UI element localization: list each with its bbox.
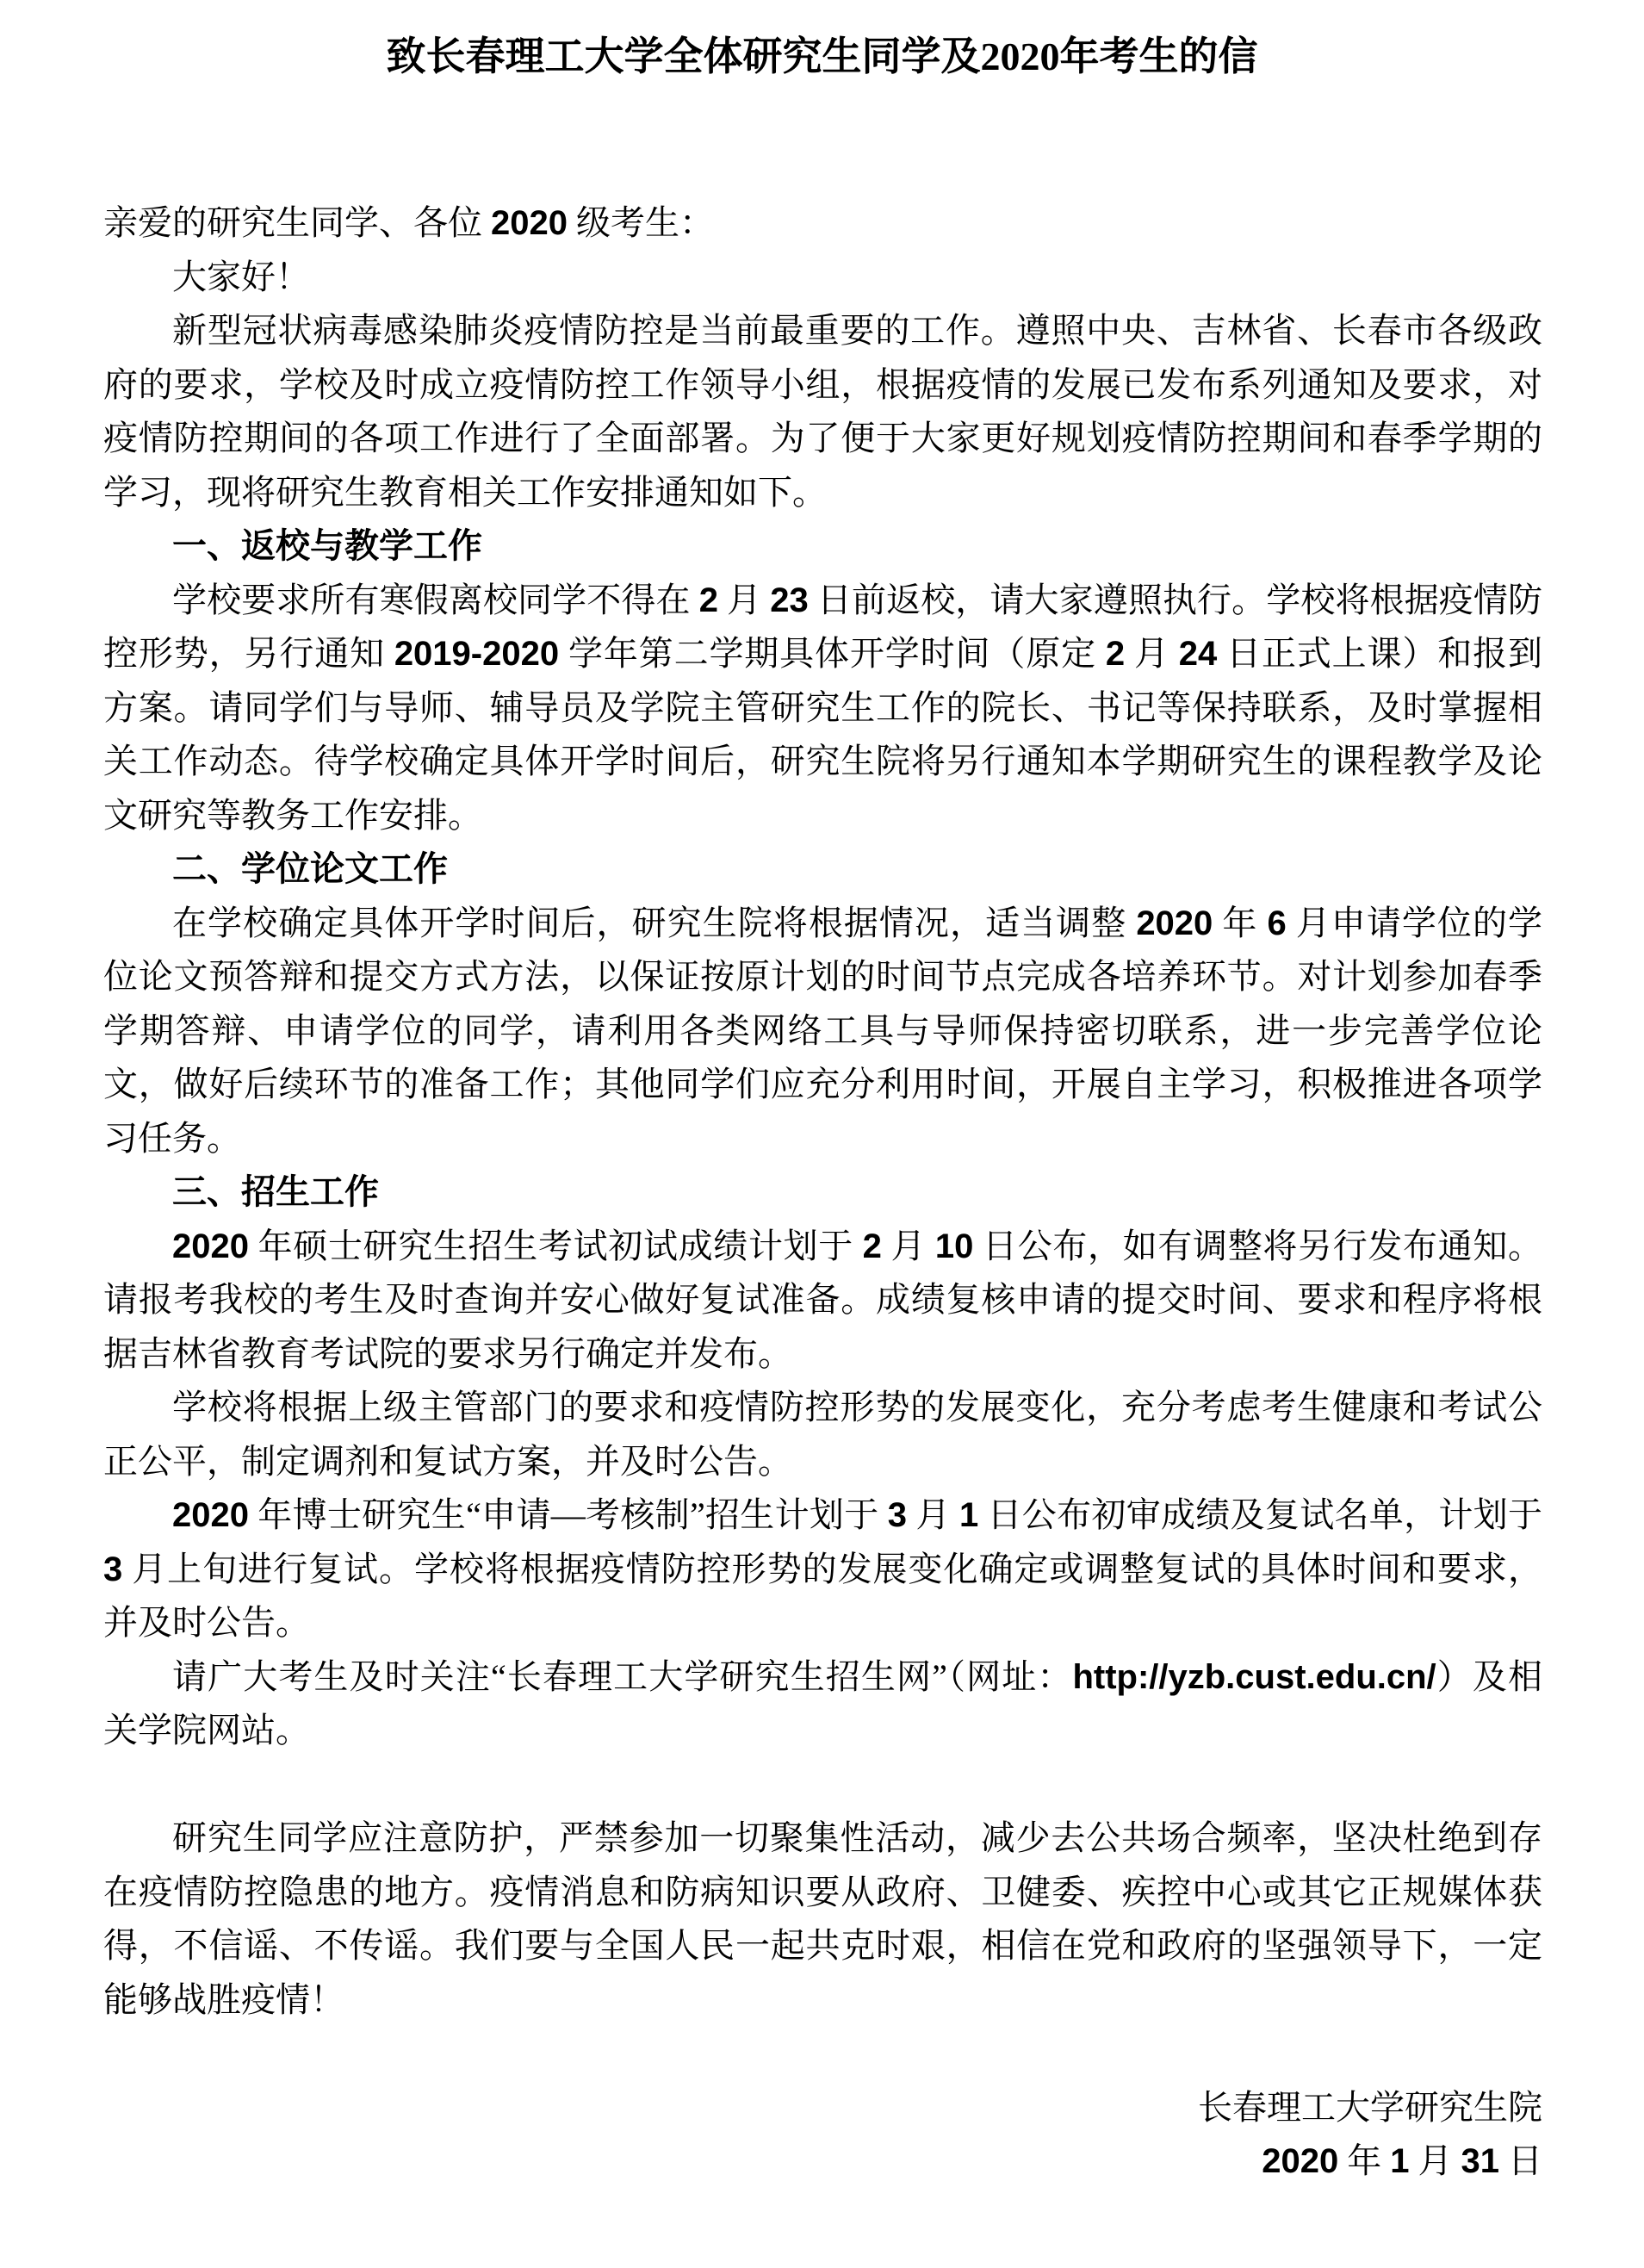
signature: 长春理工大学研究生院 [103,2081,1542,2135]
date-line: 2020 年 1 月 31 日 [103,2134,1542,2189]
intro-paragraph: 新型冠状病毒感染肺炎疫情防控是当前最重要的工作。遵照中央、吉林省、长春市各级政府… [103,304,1542,519]
section-3-paragraph-3: 2020 年博士研究生“申请—考核制”招生计划于 3 月 1 日公布初审成绩及复… [103,1488,1542,1650]
section-3-paragraph-1: 2020 年硕士研究生招生考试初试成绩计划于 2 月 10 日公布，如有调整将另… [103,1220,1542,1382]
website-paragraph-prefix: 请广大考生及时关注“长春理工大学研究生招生网”（网址： [172,1657,1072,1696]
letter-page: 致长春理工大学全体研究生同学及2020年考生的信 亲爱的研究生同学、各位 202… [0,0,1644,2268]
website-paragraph: 请广大考生及时关注“长春理工大学研究生招生网”（网址：http://yzb.cu… [103,1650,1542,1758]
section-3-paragraph-2: 学校将根据上级主管部门的要求和疫情防控形势的发展变化，充分考虑考生健康和考试公正… [103,1381,1542,1488]
letter-title: 致长春理工大学全体研究生同学及2020年考生的信 [103,29,1541,84]
greeting: 大家好！ [103,251,1542,305]
section-1-heading: 一、返校与教学工作 [103,519,1542,574]
salutation: 亲爱的研究生同学、各位 2020 级考生： [103,196,1542,251]
admissions-site-url[interactable]: http://yzb.cust.edu.cn/ [1072,1658,1436,1696]
section-2-paragraph: 在学校确定具体开学时间后，研究生院将根据情况，适当调整 2020 年 6 月申请… [103,897,1542,1166]
closing-paragraph: 研究生同学应注意防护，严禁参加一切聚集性活动，减少去公共场合频率，坚决杜绝到存在… [103,1811,1542,2027]
section-2-heading: 二、学位论文工作 [103,842,1542,897]
letter-body: 亲爱的研究生同学、各位 2020 级考生： 大家好！ 新型冠状病毒感染肺炎疫情防… [103,196,1542,2189]
section-1-paragraph: 学校要求所有寒假离校同学不得在 2 月 23 日前返校，请大家遵照执行。学校将根… [103,574,1542,843]
section-3-heading: 三、招生工作 [103,1165,1542,1220]
